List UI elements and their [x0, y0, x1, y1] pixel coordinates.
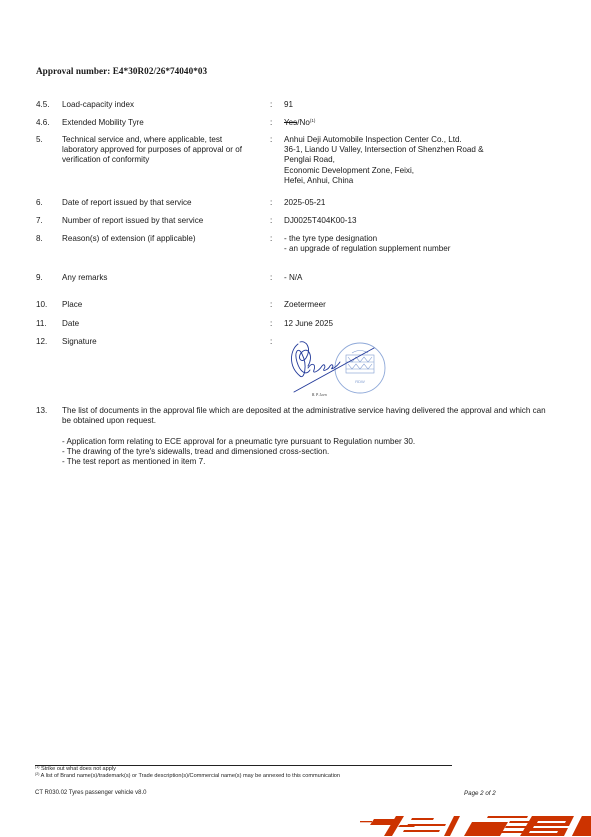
item-value-address: Anhui Deji Automobile Inspection Center … [284, 135, 554, 186]
address-line: Anhui Deji Automobile Inspection Center … [284, 135, 554, 145]
item-label: Signature [62, 337, 262, 347]
item-colon: : [270, 273, 272, 283]
footnote-text: Strike out what does not apply [39, 766, 116, 772]
selected-option: /No [297, 118, 310, 127]
item-label: Reason(s) of extension (if applicable) [62, 234, 262, 244]
item-label: Technical service and, where applicable,… [62, 135, 260, 166]
item-number: 9. [36, 273, 43, 283]
document-list-item: - The drawing of the tyre's sidewalls, t… [62, 447, 552, 457]
address-line: Hefei, Anhui, China [284, 176, 554, 186]
item-value: DJ0025T404K00-13 [284, 216, 554, 226]
item-value-list: - the tyre type designation - an upgrade… [284, 234, 554, 254]
item-number: 4.6. [36, 118, 50, 128]
official-stamp-icon: RDW [335, 343, 385, 393]
reason-line: - an upgrade of regulation supplement nu… [284, 244, 554, 254]
item-label: Number of report issued by that service [62, 216, 262, 226]
signature-and-stamp: RDW B. P. Loen [282, 336, 392, 400]
item-value: 91 [284, 100, 554, 110]
item-colon: : [270, 118, 272, 128]
item-label: Date [62, 319, 262, 329]
item-label: The list of documents in the approval fi… [62, 406, 552, 426]
item-number: 5. [36, 135, 43, 145]
item-number: 12. [36, 337, 47, 347]
item-label: Extended Mobility Tyre [62, 118, 262, 128]
footnote-marker: (1) [310, 118, 316, 123]
page-number: Page 2 of 2 [464, 790, 496, 797]
item-colon: : [270, 216, 272, 226]
item-label: Any remarks [62, 273, 262, 283]
item-label: Load-capacity index [62, 100, 262, 110]
address-line: Penglai Road, [284, 155, 554, 165]
item-colon: : [270, 337, 272, 347]
item-value: 2025-05-21 [284, 198, 554, 208]
item-label: Date of report issued by that service [62, 198, 262, 208]
document-list-item: - Application form relating to ECE appro… [62, 437, 552, 447]
address-line: Economic Development Zone, Feixi, [284, 166, 554, 176]
rdw-logo-icon [360, 812, 591, 837]
item-colon: : [270, 198, 272, 208]
document-code: CT R030.02 Tyres passenger vehicle v8.0 [35, 790, 147, 796]
item-label: Place [62, 300, 262, 310]
item-value: Yes/No(1) [284, 118, 554, 128]
approval-number-heading: Approval number: E4*30R02/26*74040*03 [36, 66, 207, 76]
item-number: 13. [36, 406, 47, 416]
document-page: Approval number: E4*30R02/26*74040*03 4.… [0, 0, 591, 837]
item-colon: : [270, 234, 272, 244]
signer-name: B. P. Loen [312, 393, 327, 397]
item-number: 4.5. [36, 100, 50, 110]
item-number: 8. [36, 234, 43, 244]
item-number: 11. [36, 319, 47, 329]
item-colon: : [270, 319, 272, 329]
item-colon: : [270, 300, 272, 310]
footnote-text: A list of Brand name(s)/trademark(s) or … [39, 773, 340, 779]
rdw-logo-graphic [360, 812, 591, 837]
item-value: Zoetermeer [284, 300, 554, 310]
item-colon: : [270, 100, 272, 110]
footnotes: (1) Strike out what does not apply (2) A… [35, 766, 340, 780]
reason-line: - the tyre type designation [284, 234, 554, 244]
item-number: 7. [36, 216, 43, 226]
item-colon: : [270, 135, 272, 145]
item-number: 6. [36, 198, 43, 208]
footnote-2: (2) A list of Brand name(s)/trademark(s)… [35, 773, 340, 780]
address-line: 36-1, Liando U Valley, Intersection of S… [284, 145, 554, 155]
documents-list: - Application form relating to ECE appro… [62, 437, 552, 468]
item-number: 10. [36, 300, 47, 310]
struck-option: Yes [284, 118, 297, 127]
document-list-item: - The test report as mentioned in item 7… [62, 457, 552, 467]
item-value: 12 June 2025 [284, 319, 554, 329]
svg-text:RDW: RDW [355, 379, 365, 384]
item-value: - N/A [284, 273, 554, 283]
signature-stamp-graphic: RDW B. P. Loen [282, 336, 392, 400]
